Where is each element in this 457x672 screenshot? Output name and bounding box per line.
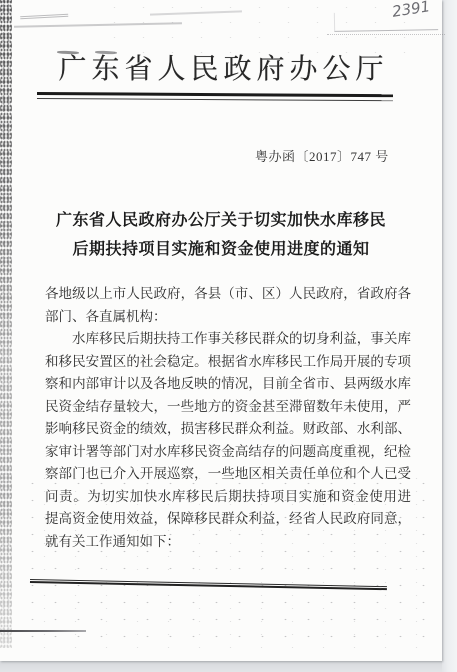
document-title-line-1: 广东省人民政府办公厅关于切实加快水库移民 xyxy=(0,206,442,235)
body-line: 民资金结存量较大，一些地方的资金甚至滞留数年未使用，严重 xyxy=(45,396,411,419)
bottom-edge-line xyxy=(0,630,86,632)
salutation-line: 部门、各直属机构： xyxy=(45,306,411,329)
document-title-line-2: 后期扶持项目实施和资金使用进度的通知 xyxy=(0,235,442,264)
body-line: 察和内部审计以及各地反映的情况，目前全省市、县两级水库移 xyxy=(45,373,411,396)
scan-background-bottom-strip xyxy=(0,661,442,672)
body-line: 水库移民后期扶持工作事关移民群众的切身利益，事关库区 xyxy=(45,328,411,351)
body-line: 提高资金使用效益，保障移民群众利益，经省人民政府同意，现 xyxy=(45,508,411,531)
scan-background-right-strip xyxy=(441,0,457,672)
body-line: 察部门也已介入开展巡察，一些地区相关责任单位和个人已受到 xyxy=(45,463,411,486)
scanned-document-page: 2391 广东省人民政府办公厅 粤办函〔2017〕747 号 广东省人民政府办公… xyxy=(0,0,457,672)
document-title: 广东省人民政府办公厅关于切实加快水库移民 后期扶持项目实施和资金使用进度的通知 xyxy=(0,206,442,264)
salutation-line: 各地级以上市人民政府，各县（市、区）人民政府，省政府各 xyxy=(45,283,411,306)
scan-pencil-scribble xyxy=(20,5,69,19)
body-line: 就有关工作通知如下： xyxy=(45,531,411,554)
document-reference-number: 粤办函〔2017〕747 号 xyxy=(255,146,389,165)
body-line: 和移民安置区的社会稳定。根据省水库移民工作局开展的专项稽 xyxy=(45,351,411,374)
scan-binding-noise xyxy=(0,0,12,648)
scan-dotted-line xyxy=(327,34,445,36)
body-line: 家审计署等部门对水库移民资金高结存的问题高度重视，纪检监 xyxy=(45,441,411,464)
agency-letterhead: 广东省人民政府办公厅 xyxy=(0,47,442,87)
document-body: 各地级以上市人民政府，各县（市、区）人民政府，省政府各 部门、各直属机构： 水库… xyxy=(45,283,411,553)
body-line: 影响移民资金的绩效，损害移民群众利益。财政部、水利部、国 xyxy=(45,418,411,441)
body-line: 问责。为切实加快水库移民后期扶持项目实施和资金使用进度， xyxy=(45,486,411,509)
